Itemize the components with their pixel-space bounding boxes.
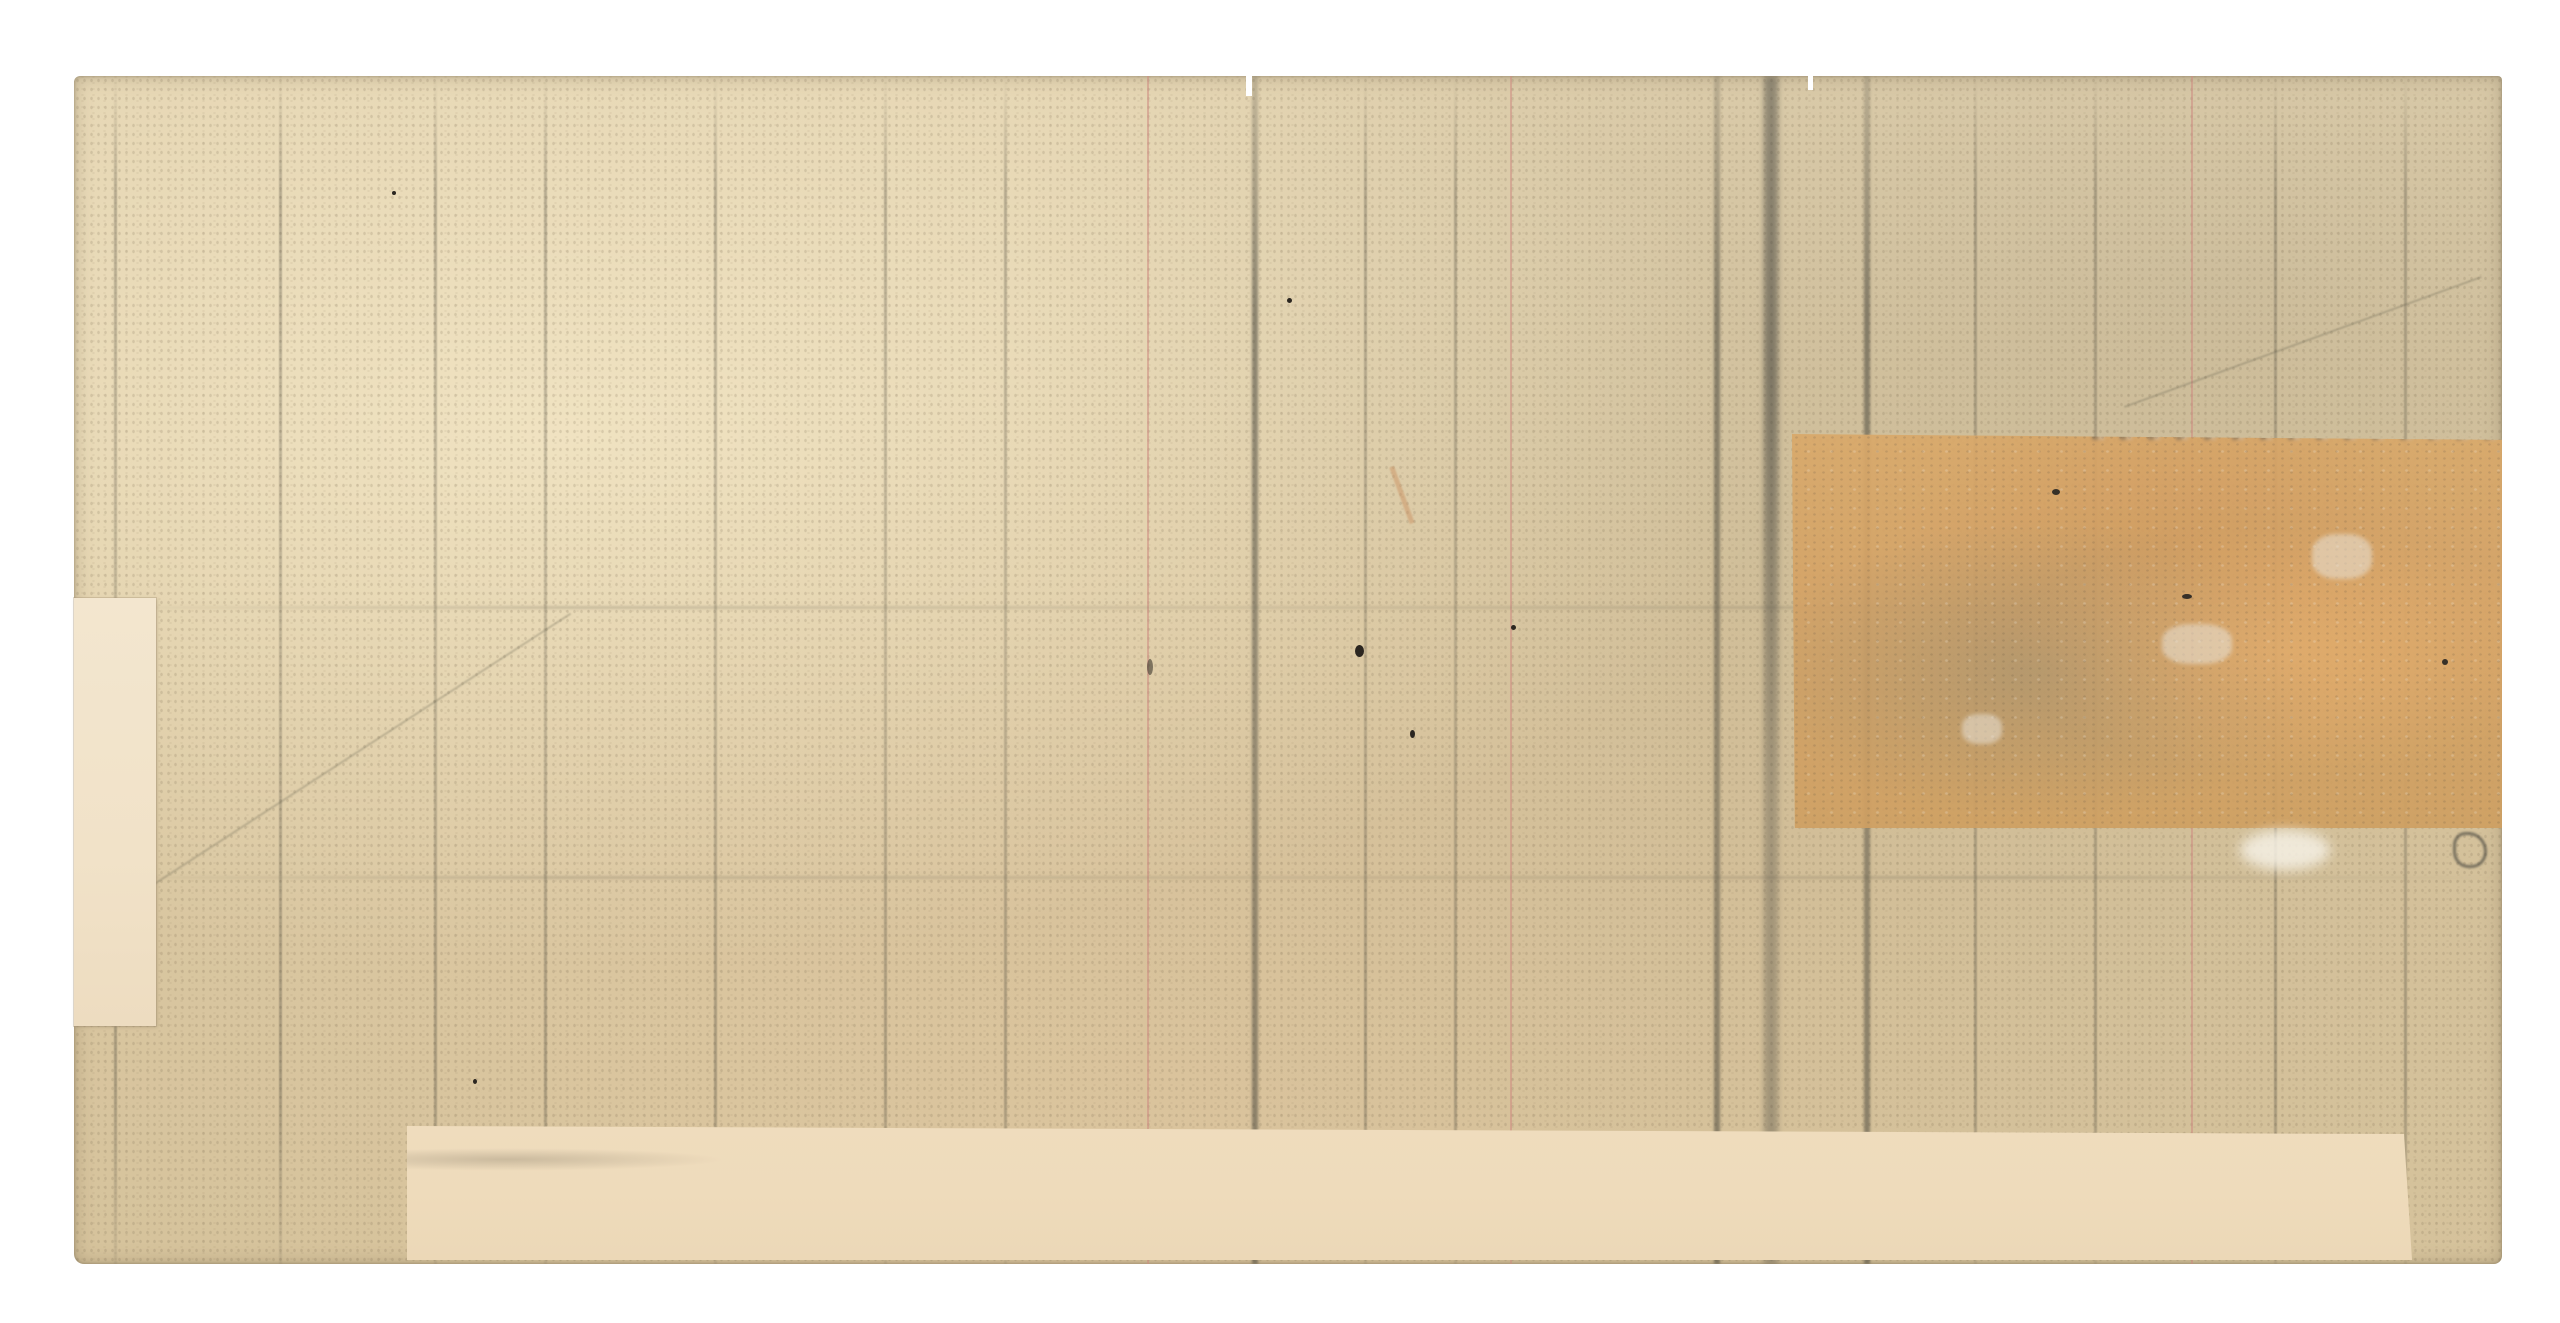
- crease-line: [434, 76, 437, 1264]
- crease-line: [279, 76, 282, 1264]
- ink-speck: [1355, 645, 1364, 657]
- paper-fiber-residue: [1962, 714, 2002, 744]
- ink-speck: [1511, 625, 1516, 630]
- dark-fold-band: [1764, 76, 1778, 1264]
- abrasion-spot: [2240, 830, 2330, 870]
- crease-line: [1364, 76, 1367, 1264]
- crease-line: [1004, 76, 1007, 1264]
- ink-speck: [1287, 298, 1292, 303]
- paper-fiber-residue: [2162, 624, 2232, 664]
- ink-speck: [473, 1079, 477, 1084]
- bottom-hinge-strip: [407, 1126, 2412, 1260]
- diagonal-scratch: [1389, 466, 1414, 524]
- crease-line: [1714, 76, 1720, 1264]
- edge-notch: [1808, 76, 1813, 90]
- glassine-tape-patch: [1792, 434, 2502, 828]
- crease-line: [544, 76, 547, 1264]
- paper-fiber-residue: [2312, 534, 2372, 579]
- diagonal-scratch: [2124, 276, 2482, 408]
- ink-speck: [2442, 659, 2448, 665]
- ink-speck: [1147, 659, 1153, 675]
- ink-smudge: [2453, 832, 2487, 868]
- edge-notch: [1246, 76, 1252, 96]
- crease-line: [1454, 76, 1457, 1264]
- ink-speck: [392, 191, 396, 195]
- ink-speck: [1410, 730, 1415, 738]
- ink-speck: [2182, 594, 2192, 599]
- crease-line: [884, 76, 887, 1264]
- scanned-document-back: [0, 0, 2560, 1323]
- diagonal-scratch: [134, 613, 571, 898]
- center-fold: [1252, 76, 1258, 1264]
- horizontal-fold: [74, 876, 2502, 879]
- crease-line: [714, 76, 717, 1264]
- ink-speck: [2052, 489, 2060, 495]
- pink-rule-line: [1510, 76, 1512, 1264]
- left-hinge-strip: [74, 598, 156, 1026]
